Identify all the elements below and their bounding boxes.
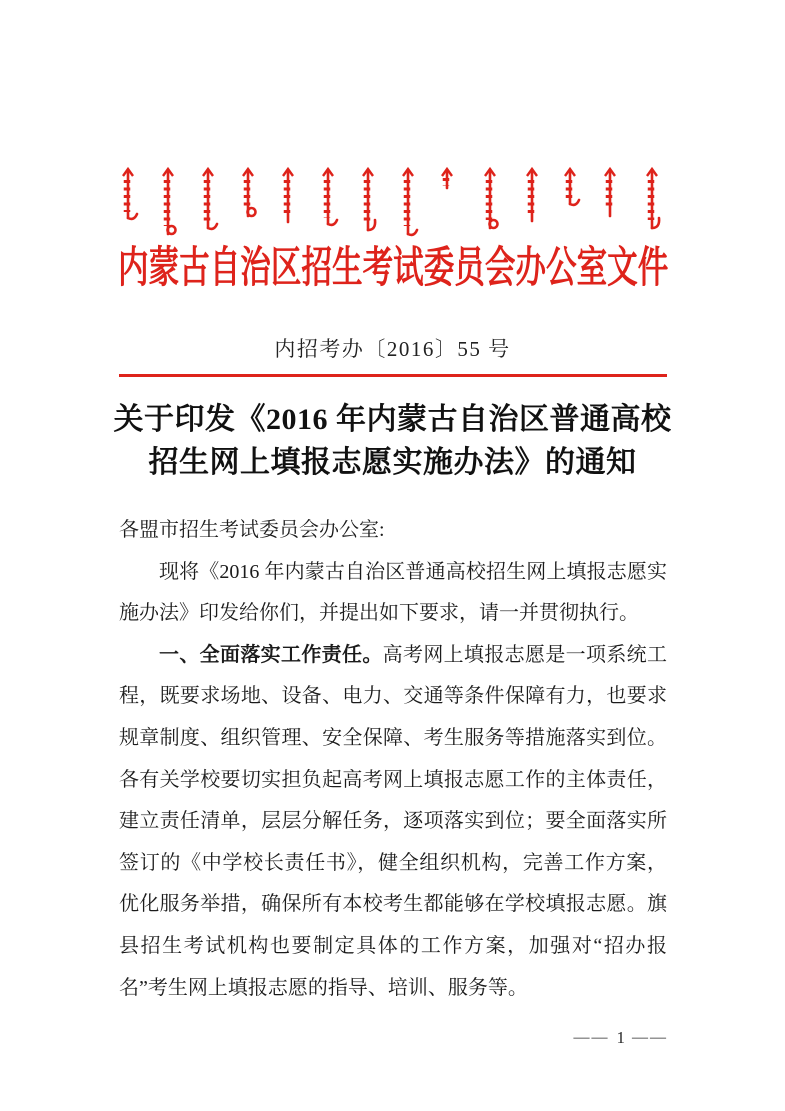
page-number-dash-left: —— bbox=[574, 1029, 610, 1047]
org-title: 内蒙古自治区招生考试委员会办公室文件 bbox=[118, 234, 668, 295]
notice-title-line2: 招生网上填报志愿实施办法》的通知 bbox=[60, 441, 725, 484]
page-number: 1 bbox=[617, 1028, 626, 1048]
document-page: 内蒙古自治区招生考试委员会办公室文件 内招考办〔2016〕55 号 关于印发《2… bbox=[0, 0, 785, 1111]
paragraph-2-lead: 一、全面落实工作责任。 bbox=[159, 644, 383, 666]
notice-title: 关于印发《2016 年内蒙古自治区普通高校 招生网上填报志愿实施办法》的通知 bbox=[60, 398, 725, 484]
red-divider-line bbox=[119, 374, 667, 377]
document-body: 各盟市招生考试委员会办公室: 现将《2016 年内蒙古自治区普通高校招生网上填报… bbox=[119, 510, 667, 1009]
doc-number: 内招考办〔2016〕55 号 bbox=[0, 333, 785, 363]
paragraph-1-text: 现将《2016 年内蒙古自治区普通高校招生网上填报志愿实施办法》印发给你们，并提… bbox=[119, 561, 667, 625]
paragraph-2: 一、全面落实工作责任。高考网上填报志愿是一项系统工程，既要求场地、设备、电力、交… bbox=[119, 635, 667, 1009]
mongolian-script-band bbox=[118, 168, 668, 238]
salutation: 各盟市招生考试委员会办公室: bbox=[119, 510, 667, 552]
page-number-dash-right: —— bbox=[632, 1029, 668, 1047]
letterhead: 内蒙古自治区招生考试委员会办公室文件 bbox=[118, 234, 668, 286]
notice-title-line1: 关于印发《2016 年内蒙古自治区普通高校 bbox=[60, 398, 725, 441]
page-footer: —— 1 —— bbox=[574, 1028, 669, 1048]
paragraph-2-text: 高考网上填报志愿是一项系统工程，既要求场地、设备、电力、交通等条件保障有力，也要… bbox=[119, 644, 667, 999]
paragraph-1: 现将《2016 年内蒙古自治区普通高校招生网上填报志愿实施办法》印发给你们，并提… bbox=[119, 552, 667, 635]
